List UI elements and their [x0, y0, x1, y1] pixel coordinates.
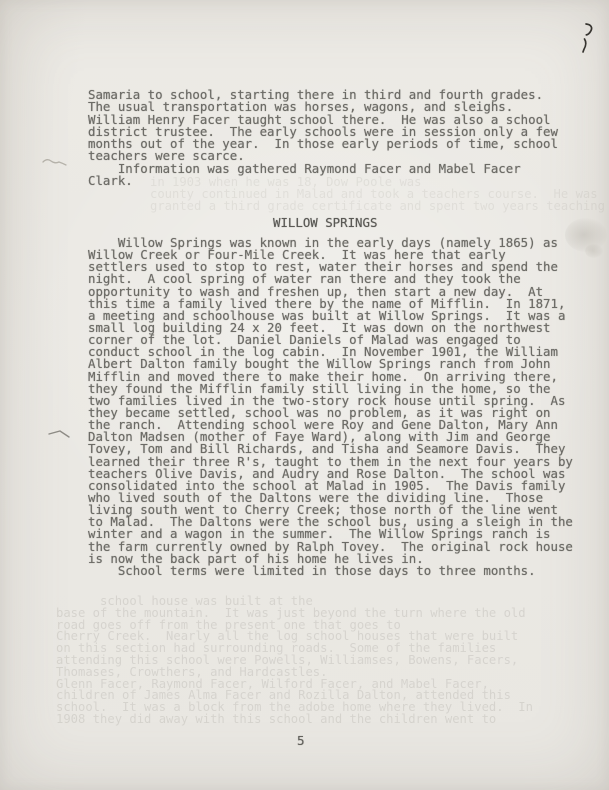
section-heading-willow-springs: WILLOW SPRINGS [273, 215, 377, 230]
text-line: Information was gathered Raymond Facer a… [88, 163, 558, 175]
text-line: Clark. [88, 175, 558, 187]
text-line: 1908 they did away with this school and … [56, 714, 533, 726]
margin-squiggle-mark-icon [42, 155, 68, 169]
paragraph-samaria-school: Samaria to school, starting there in thi… [88, 89, 558, 187]
text-line: granted a third grade certificate and sp… [150, 200, 605, 212]
text-line: county continued in Malad and took a tea… [150, 188, 605, 200]
pen-tick-marks-icon [576, 18, 602, 58]
bleed-through-text-bottom: school house was built at thebase of the… [56, 596, 533, 726]
page-number: 5 [297, 733, 305, 748]
paragraph-willow-springs: Willow Springs was known in the early da… [88, 237, 573, 577]
scanned-document-page: { "document": { "heading": "WILLOW SPRIN… [0, 0, 609, 790]
text-line: School terms were limited in those days … [88, 565, 573, 577]
smudge-stain-small [585, 244, 603, 258]
margin-dash-mark-icon [48, 428, 70, 440]
